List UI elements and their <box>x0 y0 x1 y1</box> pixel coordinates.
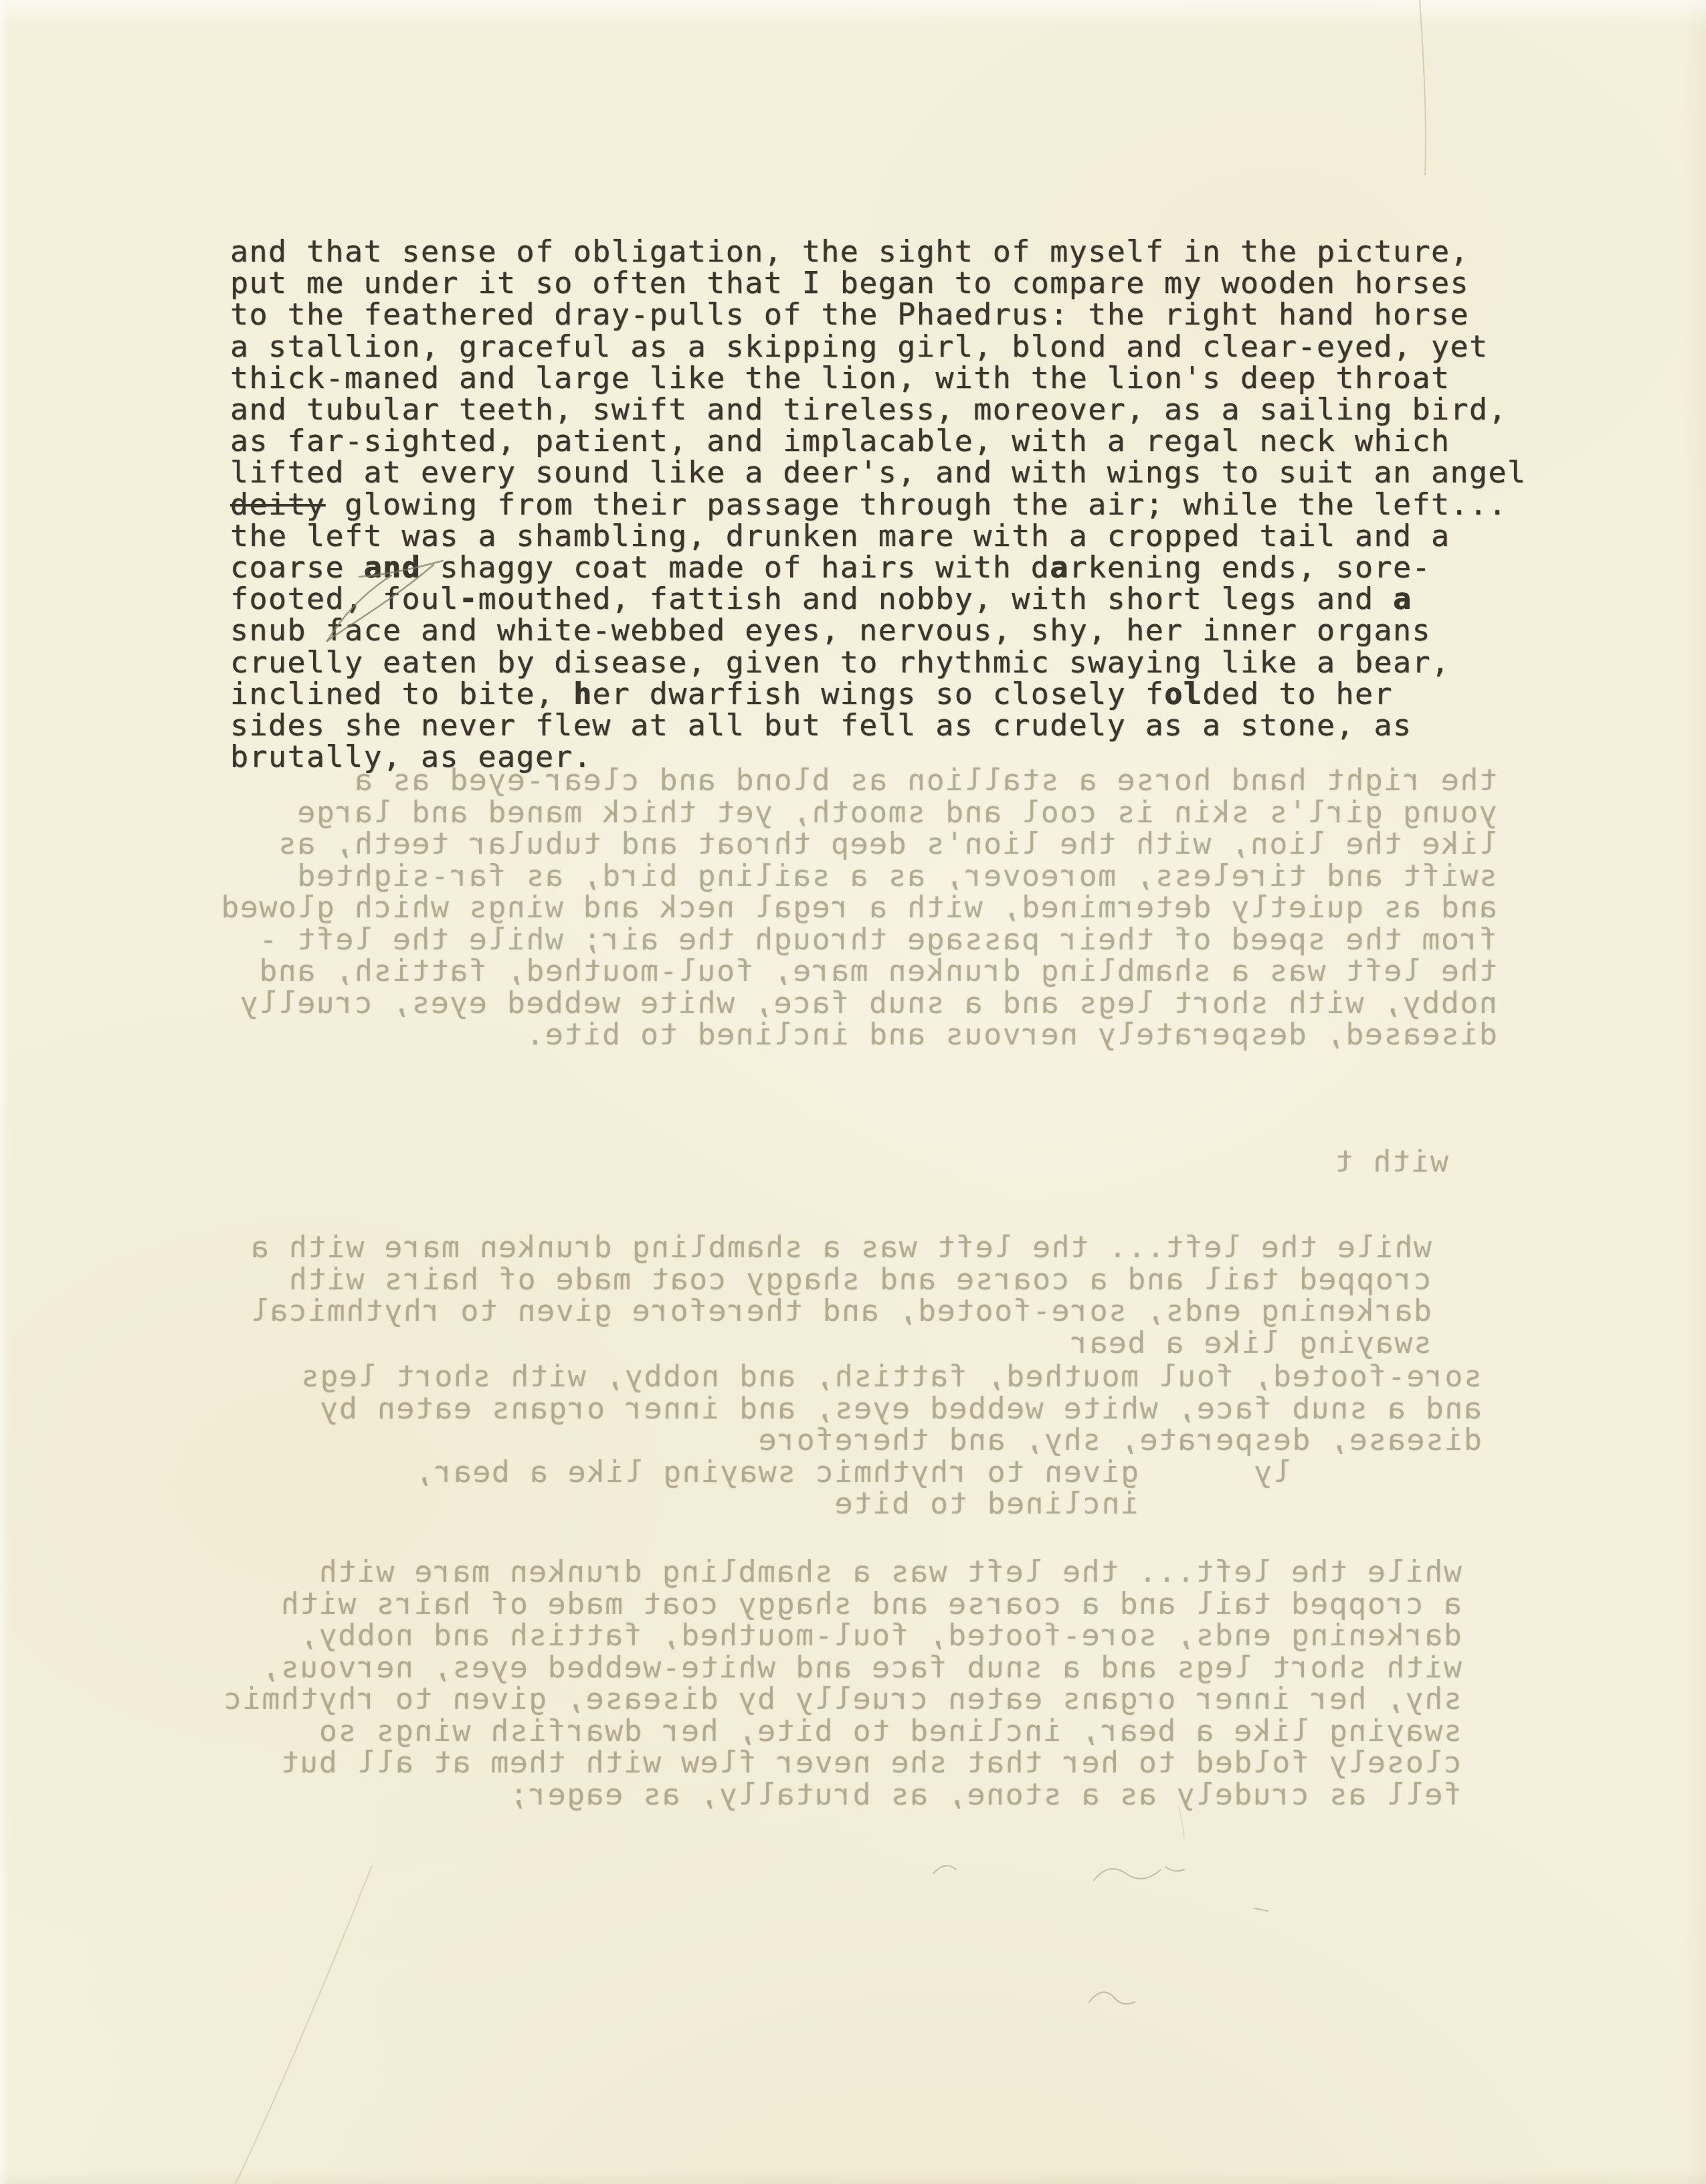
typed-line: the left was a shambling, drunken mare w… <box>230 520 1526 551</box>
bleedthrough-fragment: with t <box>913 1146 1448 1178</box>
bleed-line: the left was a shambling drunken mare, f… <box>159 955 1497 987</box>
overstruck-hyphen: - <box>459 581 478 616</box>
typed-line: and tubular teeth, swift and tireless, m… <box>230 393 1526 425</box>
text-segment: ded to her <box>1202 676 1393 711</box>
bleedthrough-paragraph-4: while the left... the left was a shambli… <box>157 1556 1462 1810</box>
overstruck-chars: ol <box>1164 676 1202 711</box>
text-segment: glowing from their passage through the a… <box>325 486 1507 522</box>
bleed-line: darkening ends, sore-footed, foul-mouthe… <box>157 1619 1462 1651</box>
bleed-line: cropped tail and a coarse and shaggy coa… <box>161 1263 1432 1295</box>
typed-line: put me under it so often that I began to… <box>230 267 1526 298</box>
bleed-line: closely folded to her that she never fle… <box>157 1746 1462 1779</box>
crease-line-bottom-left <box>235 1865 372 2184</box>
typed-paragraph: and that sense of obligation, the sight … <box>230 236 1526 772</box>
typed-line: snub face and white-webbed eyes, nervous… <box>230 614 1526 646</box>
pencil-crossed-word-and: and <box>363 549 420 585</box>
bleed-line: and a snub face, white webbed eyes, and … <box>177 1392 1482 1425</box>
bleed-line: inclined to bite <box>177 1487 1482 1520</box>
bleed-line: a cropped tail and a coarse and shaggy c… <box>157 1588 1462 1620</box>
crease-line-top-right <box>1420 0 1426 175</box>
bleed-line: from the speed of their passage through … <box>159 923 1497 955</box>
bleed-line: like the lion, with the lion's deep thro… <box>159 828 1497 860</box>
typed-line: to the feathered dray-pulls of the Phaed… <box>230 298 1526 330</box>
typed-line: footed, foul-mouthed, fattish and nobby,… <box>230 583 1526 614</box>
bleed-line: the right hand horse a stallion as blond… <box>159 764 1497 796</box>
bleed-line: with short legs and a snub face and whit… <box>157 1651 1462 1683</box>
bleed-line: swaying like a bear <box>161 1327 1432 1359</box>
typed-line: sides she never flew at all but fell as … <box>230 709 1526 741</box>
bleed-line: young girl's skin is cool and smooth, ye… <box>159 796 1497 828</box>
bleed-line: sore-footed, foul mouthed, fattish, and … <box>177 1360 1482 1392</box>
typed-line: inclined to bite, her dwarfish wings so … <box>230 678 1526 709</box>
bleedthrough-paragraph-1: the right hand horse a stallion as blond… <box>159 764 1497 1051</box>
bleed-line: and as quietly determined, with a regal … <box>159 891 1497 923</box>
bleed-line: while the left... the left was a shambli… <box>157 1556 1462 1588</box>
pencil-squiggle-marks <box>933 1865 1268 2004</box>
bleed-line: with t <box>913 1146 1448 1178</box>
typed-line: a stallion, graceful as a skipping girl,… <box>230 331 1526 362</box>
struck-word-deity: deity <box>230 486 325 522</box>
bleedthrough-paragraph-3: sore-footed, foul mouthed, fattish, and … <box>177 1360 1482 1520</box>
document-page: and that sense of obligation, the sight … <box>0 0 1706 2184</box>
text-segment: mouthed, fattish and nobby, with short l… <box>478 581 1393 616</box>
typed-line: deity glowing from their passage through… <box>230 488 1526 520</box>
text-segment: inclined to bite, <box>230 676 573 711</box>
text-segment: coarse <box>230 549 363 585</box>
text-segment: rkening ends, sore- <box>1069 549 1431 585</box>
text-segment: er dwarfish wings so closely f <box>592 676 1164 711</box>
bleed-line: nobby, with short legs and a snub face, … <box>159 987 1497 1019</box>
bleed-line: swift and tireless, moreover, as a saili… <box>159 860 1497 892</box>
bleedthrough-paragraph-2: while the left... the left was a shambli… <box>161 1231 1432 1358</box>
bleed-line: diseased, desperately nervous and inclin… <box>159 1018 1497 1051</box>
bleed-line: disease, desperate, shy, and therefore <box>177 1424 1482 1456</box>
text-segment: shaggy coat made of hairs with d <box>421 549 1050 585</box>
typed-line: thick-maned and large like the lion, wit… <box>230 362 1526 393</box>
bleed-line: swaying like a bear, inclined to bite, h… <box>157 1715 1462 1747</box>
bleed-line: while the left... the left was a shambli… <box>161 1231 1432 1263</box>
typed-line: cruelly eaten by disease, given to rhyth… <box>230 646 1526 678</box>
overstruck-char: a <box>1050 549 1069 585</box>
typed-line: as far-sighted, patient, and implacable,… <box>230 425 1526 456</box>
bleed-line: shy, her inner organs eaten cruelly by d… <box>157 1683 1462 1715</box>
bleed-line: fell as crudely as a stone, as brutally,… <box>157 1779 1462 1811</box>
overstruck-char: a <box>1393 581 1412 616</box>
bleed-line: darkening ends, sore-footed, and therefo… <box>161 1295 1432 1327</box>
bleed-line: ly given to rhythmic swaying like a bear… <box>177 1456 1482 1488</box>
overstruck-char: h <box>573 676 593 711</box>
typed-line: lifted at every sound like a deer's, and… <box>230 456 1526 488</box>
typed-line: coarse and shaggy coat made of hairs wit… <box>230 551 1526 583</box>
text-segment: footed, foul <box>230 581 459 616</box>
typed-line: and that sense of obligation, the sight … <box>230 236 1526 267</box>
